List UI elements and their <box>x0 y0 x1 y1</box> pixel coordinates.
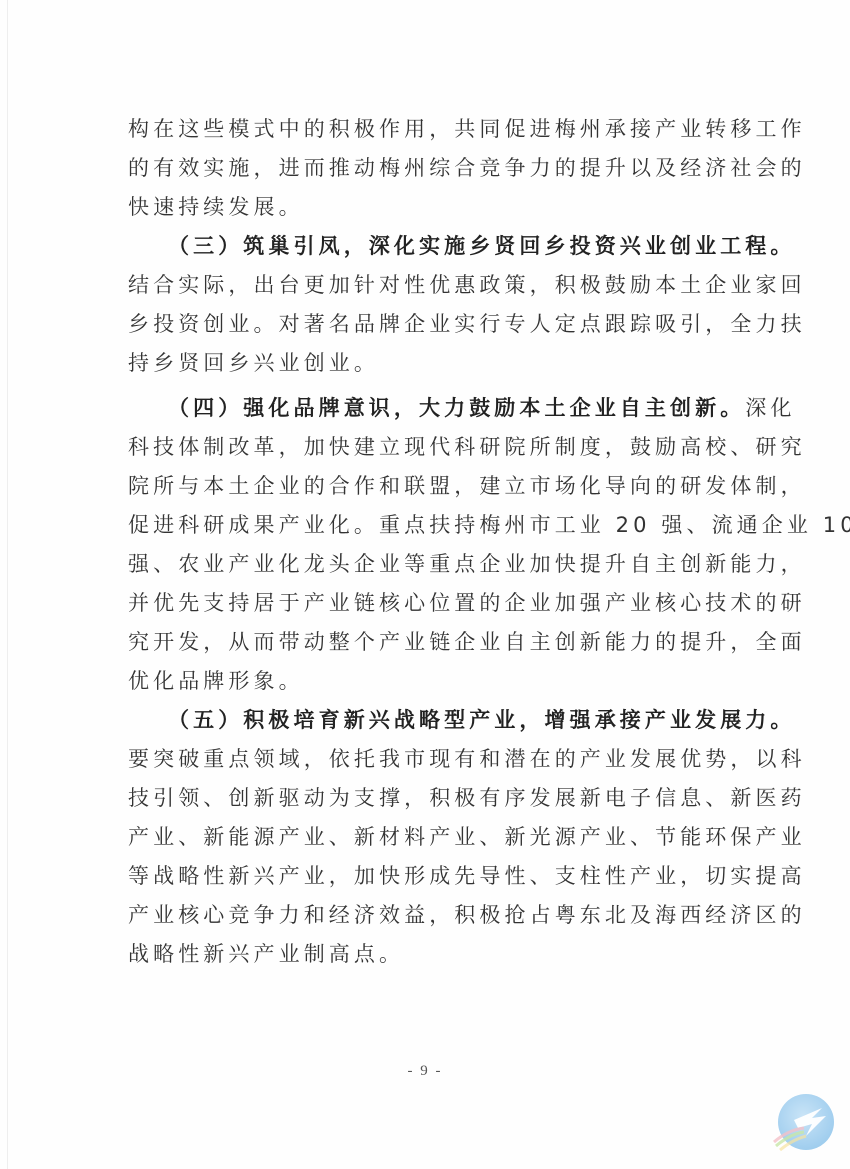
text-line: 乡投资创业。对著名品牌企业实行专人定点跟踪吸引，全力扶 <box>128 305 730 344</box>
document-page: 构在这些模式中的积极作用，共同促进梅州承接产业转移工作 的有效实施，进而推动梅州… <box>0 0 850 1169</box>
section-heading-5: （五）积极培育新兴战略型产业，增强承接产业发展力。 <box>128 701 730 740</box>
section-heading-text: （五）积极培育新兴战略型产业，增强承接产业发展力。 <box>168 708 796 732</box>
text-line: 技引领、创新驱动为支撑，积极有序发展新电子信息、新医药 <box>128 779 730 818</box>
section-heading-tail: 深化 <box>745 396 795 420</box>
section-heading-4: （四）强化品牌意识，大力鼓励本土企业自主创新。深化 <box>128 389 730 428</box>
document-body: 构在这些模式中的积极作用，共同促进梅州承接产业转移工作 的有效实施，进而推动梅州… <box>128 110 730 974</box>
text-line: 院所与本土企业的合作和联盟，建立市场化导向的研发体制， <box>128 467 730 506</box>
text-line: 促进科研成果产业化。重点扶持梅州市工业 20 强、流通企业 10 <box>128 506 730 545</box>
text-line: 究开发，从而带动整个产业链企业自主创新能力的提升，全面 <box>128 623 730 662</box>
text-line: 要突破重点领域，依托我市现有和潜在的产业发展优势，以科 <box>128 740 730 779</box>
text-line: 持乡贤回乡兴业创业。 <box>128 344 730 383</box>
lightning-globe-logo-icon <box>770 1090 836 1156</box>
text-line: 科技体制改革，加快建立现代科研院所制度，鼓励高校、研究 <box>128 428 730 467</box>
text-line: 优化品牌形象。 <box>128 662 730 701</box>
text-line: 战略性新兴产业制高点。 <box>128 935 730 974</box>
text-line: 并优先支持居于产业链核心位置的企业加强产业核心技术的研 <box>128 584 730 623</box>
text-line: 强、农业产业化龙头企业等重点企业加快提升自主创新能力， <box>128 545 730 584</box>
text-line: 的有效实施，进而推动梅州综合竞争力的提升以及经济社会的 <box>128 149 730 188</box>
text-line: 产业核心竞争力和经济效益，积极抢占粤东北及海西经济区的 <box>128 896 730 935</box>
text-line: 等战略性新兴产业，加快形成先导性、支柱性产业，切实提高 <box>128 857 730 896</box>
text-line: 构在这些模式中的积极作用，共同促进梅州承接产业转移工作 <box>128 110 730 149</box>
text-line: 产业、新能源产业、新材料产业、新光源产业、节能环保产业 <box>128 818 730 857</box>
text-line: 快速持续发展。 <box>128 188 730 227</box>
text-line: 结合实际，出台更加针对性优惠政策，积极鼓励本土企业家回 <box>128 266 730 305</box>
section-heading-3: （三）筑巢引凤，深化实施乡贤回乡投资兴业创业工程。 <box>128 227 730 266</box>
scan-edge-line <box>7 0 8 1169</box>
section-heading-text: （三）筑巢引凤，深化实施乡贤回乡投资兴业创业工程。 <box>168 234 796 258</box>
section-heading-text: （四）强化品牌意识，大力鼓励本土企业自主创新。 <box>168 396 745 420</box>
page-number: - 9 - <box>0 1063 850 1080</box>
